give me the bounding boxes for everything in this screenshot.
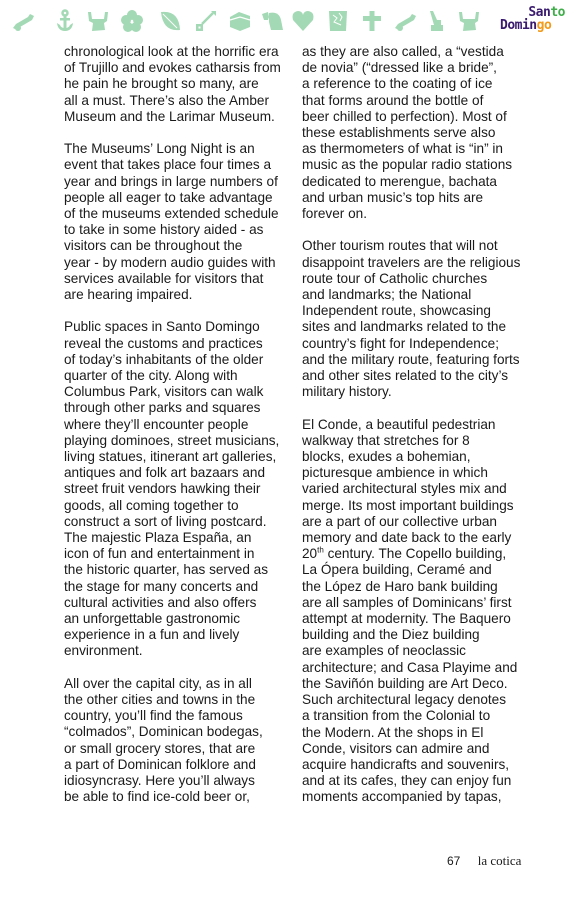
paragraph-vestida-de-novia: as they are also called, a “vestida de n… <box>302 44 532 222</box>
logo-domingo-part2: go <box>537 18 552 33</box>
magazine-name: la cotica <box>478 853 522 868</box>
page-footer: 67 la cotica <box>447 853 521 869</box>
cannon-icon <box>10 8 36 34</box>
left-text-column: chronological look at the horrific era o… <box>64 44 296 822</box>
statue-icon <box>423 8 449 34</box>
heart-icon <box>290 8 316 34</box>
logo-santo-part2: to <box>550 5 565 20</box>
bull-head-icon <box>456 8 482 34</box>
el-conde-text-a: El Conde, a beautiful pedestrian walkway… <box>302 417 514 562</box>
treasure-chest-icon <box>227 8 253 34</box>
paragraph-el-conde: El Conde, a beautiful pedestrian walkway… <box>302 417 532 806</box>
paragraph-museums-long-night: The Museums’ Long Night is an event that… <box>64 141 296 303</box>
leaf-icon <box>157 8 183 34</box>
right-text-column: as they are also called, a “vestida de n… <box>302 44 532 822</box>
dog-head-icon <box>259 8 285 34</box>
map-icon <box>325 8 351 34</box>
page-number: 67 <box>447 854 460 868</box>
logo-domingo-part1: Domin <box>500 18 537 33</box>
ordinal-suffix: th <box>317 546 324 555</box>
paragraph-tourism-routes: Other tourism routes that will not disap… <box>302 238 532 400</box>
paragraph-colmados: All over the capital city, as in all the… <box>64 676 296 806</box>
decorative-icon-strip <box>10 8 500 36</box>
cannon-icon <box>392 8 418 34</box>
paragraph-public-spaces: Public spaces in Santo Domingo reveal th… <box>64 319 296 659</box>
bull-head-icon <box>85 8 111 34</box>
key-icon <box>193 8 219 34</box>
cross-icon <box>359 8 385 34</box>
anchor-icon <box>52 8 78 34</box>
santo-domingo-logo: Santo Domingo <box>498 6 573 36</box>
flower-icon <box>119 8 145 34</box>
el-conde-text-b: century. The Copello building, La Ópera … <box>302 546 517 804</box>
paragraph-museums-trujillo: chronological look at the horrific era o… <box>64 44 296 125</box>
